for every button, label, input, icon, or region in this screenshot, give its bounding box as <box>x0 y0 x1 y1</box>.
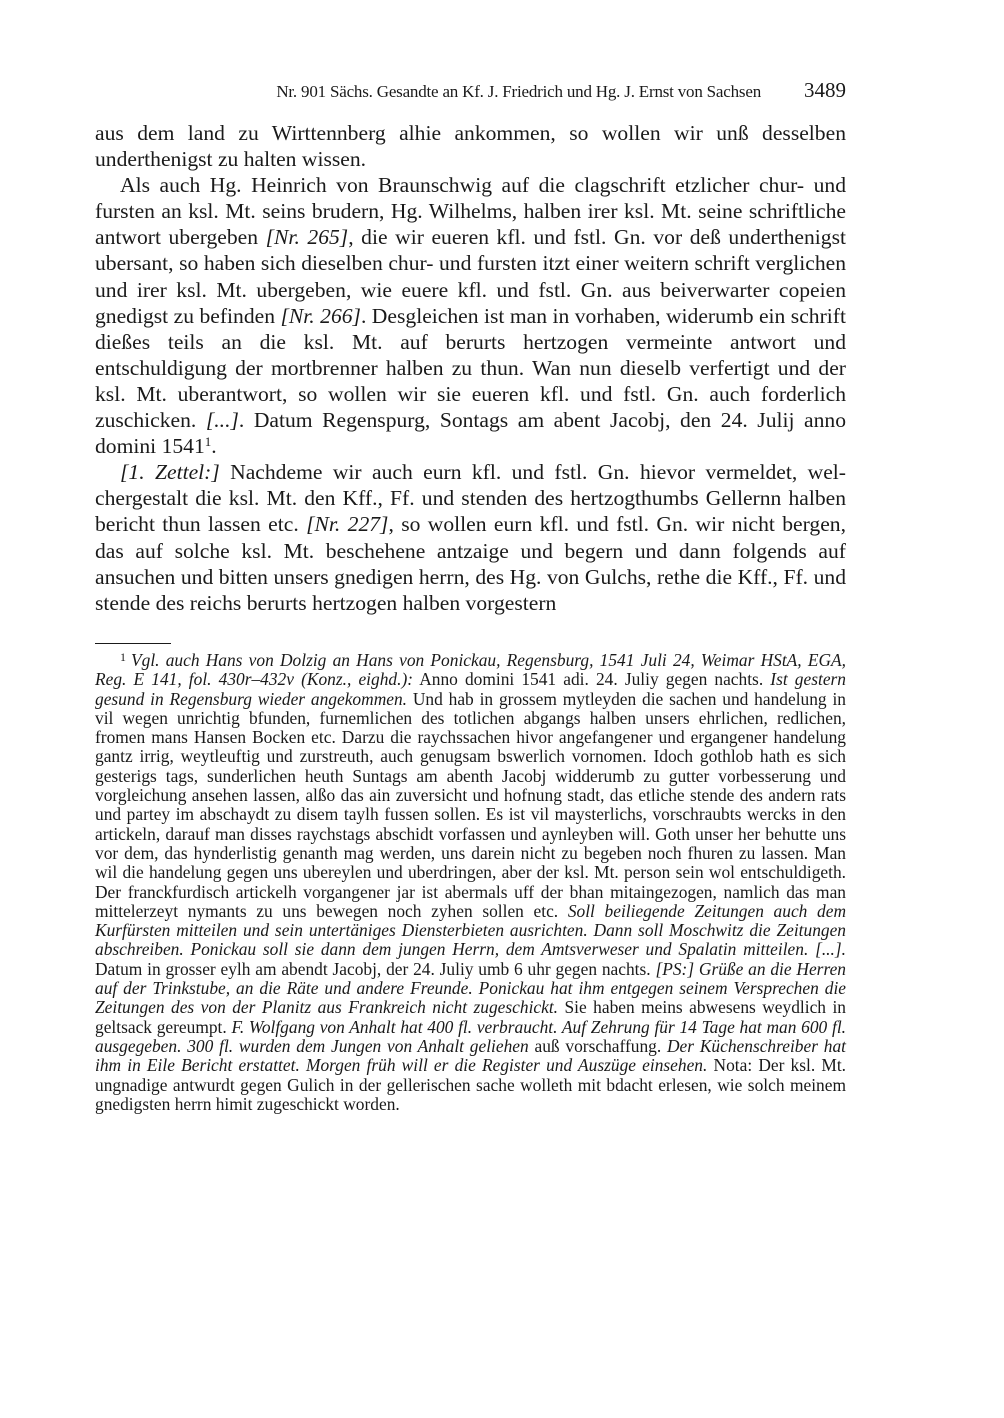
text-run: Datum in grosser eylh am abendt Jacobj, … <box>95 959 655 979</box>
running-title: Nr. 901 Sächs. Gesandte an Kf. J. Friedr… <box>276 79 761 105</box>
footnote: 1Vgl. auch Hans von Dolzig an Hans von P… <box>95 648 846 1114</box>
text-run: Und hab in grossem mytleyden die sachen … <box>95 689 846 921</box>
italic-text: [1. Zettel:] <box>120 460 220 484</box>
footnote-separator <box>95 643 171 644</box>
paragraph: aus dem land zu Wirttennberg alhie ankom… <box>95 120 846 172</box>
italic-text: [Nr. 227] <box>306 512 388 536</box>
main-text: aus dem land zu Wirttennberg alhie ankom… <box>95 120 846 616</box>
text-run: Anno domini 1541 adi. 24. Juliy gegen na… <box>413 669 770 689</box>
text-run: . <box>211 434 216 458</box>
page-number: 3489 <box>804 77 846 103</box>
italic-text: [Nr. 265] <box>266 225 349 249</box>
paragraph: Als auch Hg. Heinrich von Braunschwig au… <box>95 172 846 459</box>
text-run: auß vorschaffung. <box>529 1036 667 1056</box>
footnotes: 1Vgl. auch Hans von Dolzig an Hans von P… <box>95 648 846 1114</box>
footnote-number: 1 <box>120 650 126 664</box>
italic-text: [Nr. 266] <box>280 304 360 328</box>
page-header: Nr. 901 Sächs. Gesandte an Kf. J. Friedr… <box>95 79 846 105</box>
text-run: aus dem land zu Wirttennberg alhie ankom… <box>95 121 846 171</box>
italic-text: [...] <box>206 408 239 432</box>
paragraph: [1. Zettel:] Nachdeme wir auch eurn kfl.… <box>95 459 846 616</box>
